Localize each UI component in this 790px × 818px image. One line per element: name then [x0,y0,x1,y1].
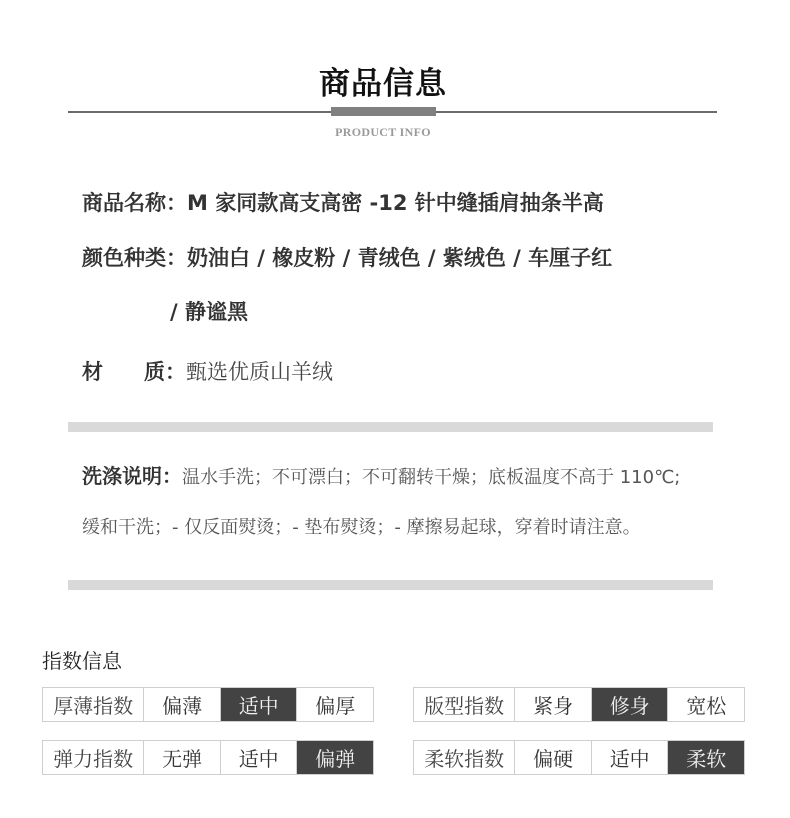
product-colors-continued: / 静谧黑 [170,296,248,326]
index-option-selected: 柔软 [667,741,744,774]
index-option-selected: 适中 [220,688,297,721]
title-divider-accent [331,107,436,116]
washing-instructions-line2: 缓和干洗；- 仅反面熨烫；- 垫布熨烫；- 摩擦易起球，穿着时请注意。 [82,513,641,539]
index-option: 适中 [591,741,668,774]
product-name-value: M 家同款高支高密 -12 针中缝插肩抽条半高 [187,191,604,215]
index-label: 版型指数 [414,688,514,721]
index-option-selected: 修身 [591,688,668,721]
product-name-row: 商品名称：M 家同款高支高密 -12 针中缝插肩抽条半高 [82,187,604,217]
product-colors-value: 奶油白 / 橡皮粉 / 青绒色 / 紫绒色 / 车厘子红 [187,246,612,270]
product-colors-label: 颜色种类： [82,246,187,270]
thickness-index-table: 厚薄指数 偏薄 适中 偏厚 [42,687,374,722]
washing-instructions-line1: 洗涤说明：温水手洗；不可漂白；不可翻转干燥；底板温度不高于 110℃; [82,460,680,489]
washing-label: 洗涤说明： [82,464,182,488]
page-subtitle: PRODUCT INFO [0,125,766,140]
product-colors-row: 颜色种类：奶油白 / 橡皮粉 / 青绒色 / 紫绒色 / 车厘子红 [82,242,612,272]
index-option: 适中 [220,741,297,774]
index-option-selected: 偏弹 [296,741,373,774]
index-option: 偏厚 [296,688,373,721]
washing-text-1: 温水手洗；不可漂白；不可翻转干燥；底板温度不高于 110℃; [182,467,680,488]
product-name-label: 商品名称： [82,191,187,215]
index-section-title: 指数信息 [42,645,122,674]
section-divider [68,580,713,590]
product-material-row: 材质：甄选优质山羊绒 [82,356,333,386]
page-title: 商品信息 [0,58,766,103]
index-option: 宽松 [667,688,744,721]
section-divider [68,422,713,432]
material-label-part2: 质： [144,360,186,384]
fit-index-table: 版型指数 紧身 修身 宽松 [413,687,745,722]
index-option: 偏硬 [514,741,591,774]
index-label: 柔软指数 [414,741,514,774]
index-label: 弹力指数 [43,741,143,774]
elasticity-index-table: 弹力指数 无弹 适中 偏弹 [42,740,374,775]
index-label: 厚薄指数 [43,688,143,721]
index-option: 紧身 [514,688,591,721]
material-value: 甄选优质山羊绒 [186,360,333,384]
index-option: 无弹 [143,741,220,774]
material-label-part1: 材 [82,356,144,386]
index-option: 偏薄 [143,688,220,721]
softness-index-table: 柔软指数 偏硬 适中 柔软 [413,740,745,775]
